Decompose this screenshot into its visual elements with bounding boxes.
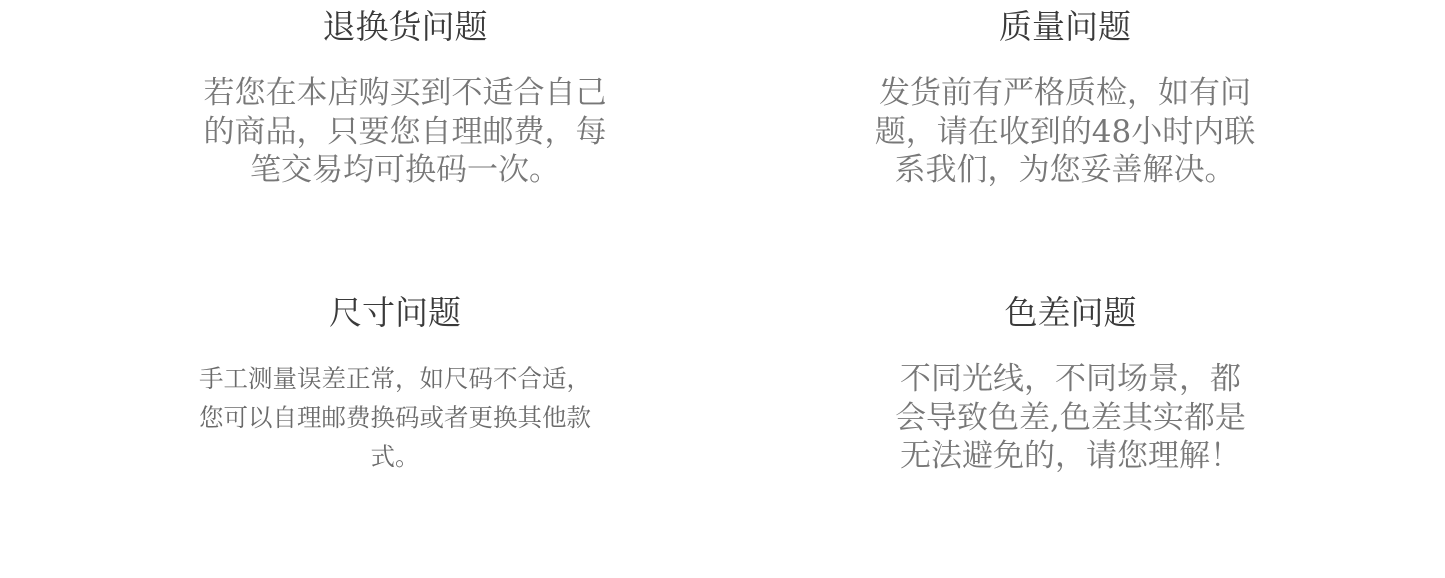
section-description: 发货前有严格质检，如有问 题，请在收到的48小时内联 系我们，为您妥善解决。 xyxy=(865,74,1265,190)
section-description: 手工测量误差正常，如尺码不合适， 您可以自理邮费换码或者更换其他款 式。 xyxy=(190,359,600,476)
section-title: 色差问题 xyxy=(878,293,1263,333)
section-return-exchange: 退换货问题 若您在本店购买到不适合自己 的商品，只要您自理邮费，每 笔交易均可换… xyxy=(190,7,620,190)
description-line: 若您在本店购买到不适合自己 xyxy=(190,74,620,113)
description-line: 笔交易均可换码一次。 xyxy=(190,151,620,190)
section-title: 退换货问题 xyxy=(190,7,620,47)
section-title: 尺寸问题 xyxy=(190,293,600,333)
description-line: 无法避免的，请您理解！ xyxy=(878,437,1263,476)
description-line: 发货前有严格质检，如有问 xyxy=(865,74,1265,113)
section-title: 质量问题 xyxy=(865,7,1265,47)
description-line: 的商品，只要您自理邮费，每 xyxy=(190,113,620,152)
description-line: 式。 xyxy=(190,437,600,476)
section-quality: 质量问题 发货前有严格质检，如有问 题，请在收到的48小时内联 系我们，为您妥善… xyxy=(865,7,1265,190)
description-line: 会导致色差,色差其实都是 xyxy=(878,399,1263,438)
section-size: 尺寸问题 手工测量误差正常，如尺码不合适， 您可以自理邮费换码或者更换其他款 式… xyxy=(190,293,600,476)
section-color-difference: 色差问题 不同光线，不同场景，都 会导致色差,色差其实都是 无法避免的，请您理解… xyxy=(878,293,1263,476)
description-line: 不同光线，不同场景，都 xyxy=(878,360,1263,399)
section-description: 若您在本店购买到不适合自己 的商品，只要您自理邮费，每 笔交易均可换码一次。 xyxy=(190,74,620,190)
description-line: 手工测量误差正常，如尺码不合适， xyxy=(190,359,600,398)
description-line: 题，请在收到的48小时内联 xyxy=(865,113,1265,152)
section-description: 不同光线，不同场景，都 会导致色差,色差其实都是 无法避免的，请您理解！ xyxy=(878,360,1263,476)
description-line: 系我们，为您妥善解决。 xyxy=(865,151,1265,190)
description-line: 您可以自理邮费换码或者更换其他款 xyxy=(190,398,600,437)
